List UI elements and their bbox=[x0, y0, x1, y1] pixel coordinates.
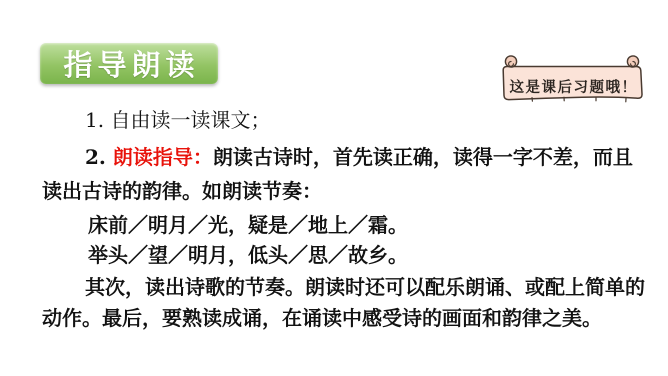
paragraph-line-2: 动作。最后，要熟读成诵，在诵读中感受诗的画面和韵律之美。 bbox=[42, 306, 638, 330]
poem-line-1: 床前／明月／光，疑是／地上／霜。 bbox=[42, 213, 638, 237]
poem-line-2: 举头／望／明月，低头／思／故乡。 bbox=[42, 243, 638, 267]
list-item-1: 1. 自由读一读课文； bbox=[42, 108, 638, 132]
item2-highlight: 朗读指导： bbox=[113, 145, 213, 169]
section-title-banner: 指导朗读 bbox=[40, 43, 218, 84]
item2-text: 朗读古诗时，首先读正确，读得一字不差，而且 bbox=[213, 145, 633, 169]
slide-canvas: 指导朗读 这是课后习题哦！ 1. 自由读一读课文； 2. 朗读指导：朗读古诗时，… bbox=[0, 0, 668, 376]
item1-number: 1. bbox=[85, 108, 110, 132]
list-item-2-continued: 读出古诗的韵律。如朗读节奏： bbox=[42, 179, 638, 203]
section-title: 指导朗读 bbox=[58, 43, 199, 84]
scroll-ribbon: 这是课后习题哦！ bbox=[496, 53, 648, 105]
item2-number: 2. bbox=[85, 145, 113, 169]
scroll-note-text: 这是课后习题哦！ bbox=[504, 76, 643, 97]
paragraph-line-1: 其次，读出诗歌的节奏。朗读时还可以配乐朗诵、或配上简单的 bbox=[42, 275, 638, 299]
body-text: 1. 自由读一读课文； 2. 朗读指导：朗读古诗时，首先读正确，读得一字不差，而… bbox=[42, 108, 638, 330]
item1-text: 自由读一读课文； bbox=[110, 108, 270, 132]
list-item-2: 2. 朗读指导：朗读古诗时，首先读正确，读得一字不差，而且 bbox=[42, 145, 638, 169]
